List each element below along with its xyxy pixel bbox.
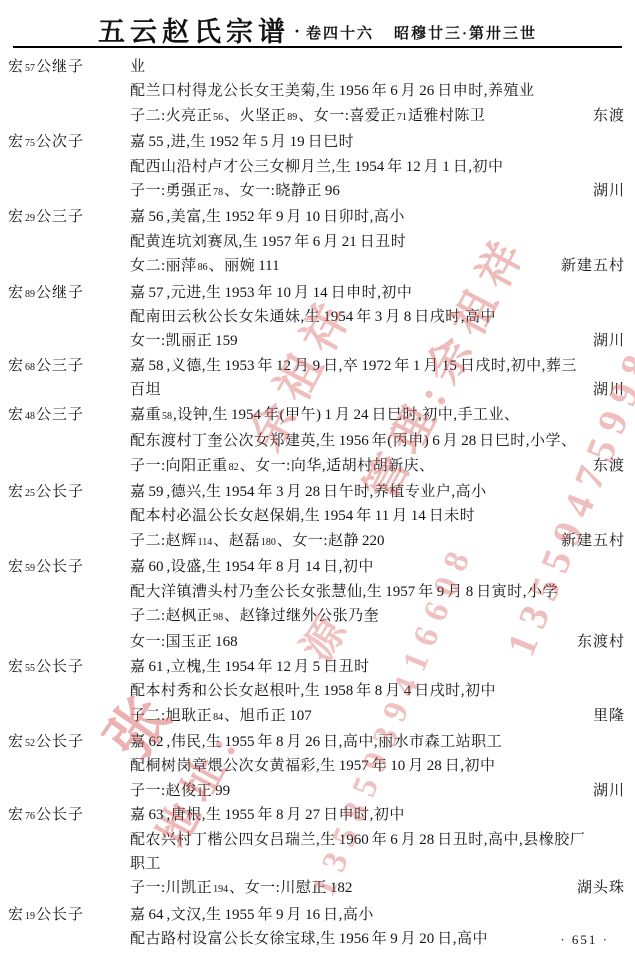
line-text: 嘉63,唐根,生1955年8月27日申时,初中 (130, 807, 405, 823)
genealogy-entry: 宏76公长子嘉63,唐根,生1955年8月27日申时,初中配农兴村丁楷公四女吕瑞… (0, 803, 635, 903)
genealogy-entry: 宏48公三子嘉重58,设钟,生1954年(甲午)1月24日巳时,初中,手工业、配… (0, 403, 635, 480)
page-number: · 651 · (560, 932, 609, 948)
entry-father-label: 宏29公三子 (0, 205, 130, 280)
title-separator: · (294, 21, 300, 41)
book-title: 五云赵氏宗谱 (98, 17, 290, 47)
entry-father-label: 宏76公长子 (0, 803, 130, 903)
place-name: 湖川 (593, 179, 625, 203)
genealogy-entry: 宏57公继子业配兰口村得龙公长女王美菊,生1956年6月26日申时,养殖业子二:… (0, 55, 635, 130)
line-text: 嘉55,进,生1952年5月19日巳时 (130, 134, 354, 150)
entry-lines: 嘉62,伟民,生1955年8月26日,高中,丽水市森工站职工配桐树岗章煨公次女黄… (130, 730, 635, 803)
line-text: 子二:火亮正56、火坚正89、女一:喜爱正71适雅村陈卫 (130, 108, 485, 124)
line-text: 配本村秀和公长女赵根叶,生1958年8月4日戌时,初中 (130, 683, 496, 699)
entry-line: 嘉57,元进,生1953年10月14日申时,初中 (130, 281, 625, 305)
genealogy-page: 五云赵氏宗谱 · 卷四十六 昭穆廿三·第卅三世 宏57公继子业配兰口村得龙公长女… (0, 0, 635, 968)
volume-label: 卷四十六 (306, 26, 374, 42)
entry-lines: 嘉64,文汉,生1955年9月16日,高小配古路村设富公长女徐宝球,生1956年… (130, 903, 635, 952)
entry-line: 嘉64,文汉,生1955年9月16日,高小 (130, 903, 625, 927)
entry-line: 子一:向阳正重82、女一:向华,适胡村胡新庆、东渡 (130, 454, 625, 480)
entry-lines: 业配兰口村得龙公长女王美菊,生1956年6月26日申时,养殖业子二:火亮正56、… (130, 55, 635, 130)
line-text: 业 (130, 59, 146, 75)
entry-father-label: 宏55公长子 (0, 655, 130, 730)
line-text: 子一:赵俊正99 (130, 783, 233, 799)
entry-line: 嘉63,唐根,生1955年8月27日申时,初中 (130, 803, 625, 827)
entry-father-label: 宏68公三子 (0, 354, 130, 403)
line-text: 子二:赵辉114、赵磊180、女一:赵静220 (130, 533, 388, 549)
line-text: 嘉重58,设钟,生1954年(甲午)1月24日巳时,初中,手工业、 (130, 407, 520, 423)
entry-line: 配大洋镇漕头村乃奎公长女张慧仙,生1957年9月8日寅时,小学 (130, 580, 625, 604)
line-text: 子一:勇强正78、女一:晓静正96 (130, 183, 343, 199)
entry-lines: 嘉重58,设钟,生1954年(甲午)1月24日巳时,初中,手工业、配东渡村丁奎公… (130, 403, 635, 480)
place-name: 新建五村 (561, 529, 625, 553)
line-text: 女二:丽萍86、丽婉111 (130, 258, 283, 274)
entry-lines: 嘉58,义德,生1953年12月9日,卒1972年1月15日戌时,初中,葬三百坦… (130, 354, 635, 403)
place-name: 里隆 (593, 704, 625, 728)
entry-line: 女一:凯丽正159湖川 (130, 329, 625, 353)
entry-line: 职工 (130, 852, 625, 876)
entries-list: 宏57公继子业配兰口村得龙公长女王美菊,生1956年6月26日申时,养殖业子二:… (0, 55, 635, 952)
line-text: 嘉64,文汉,生1955年9月16日,高小 (130, 907, 374, 923)
genealogy-entry: 宏75公次子嘉55,进,生1952年5月19日巳时配西山沿村卢才公三女柳月兰,生… (0, 130, 635, 205)
genealogy-entry: 宏59公长子嘉60,设盛,生1954年8月14日,初中配大洋镇漕头村乃奎公长女张… (0, 555, 635, 655)
entry-line: 配本村秀和公长女赵根叶,生1958年8月4日戌时,初中 (130, 679, 625, 703)
place-name: 东渡村 (577, 630, 625, 654)
line-text: 配本村必温公长女赵保娟,生1954年11月14日未时 (130, 508, 475, 524)
genealogy-entry: 宏89公继子嘉57,元进,生1953年10月14日申时,初中配南田云秋公长女朱通… (0, 281, 635, 354)
line-text: 配农兴村丁楷公四女吕瑞兰,生1960年6月28日丑时,高中,县橡胶厂 (130, 832, 585, 848)
entry-line: 子二:旭耿正84、旭币正107里隆 (130, 704, 625, 730)
entry-lines: 嘉57,元进,生1953年10月14日申时,初中配南田云秋公长女朱通妹,生195… (130, 281, 635, 354)
line-text: 配黄连坑刘赛凤,生1957年6月21日丑时 (130, 234, 406, 250)
entry-line: 配本村必温公长女赵保娟,生1954年11月14日未时 (130, 504, 625, 528)
entry-lines: 嘉60,设盛,生1954年8月14日,初中配大洋镇漕头村乃奎公长女张慧仙,生19… (130, 555, 635, 655)
entry-line: 配古路村设富公长女徐宝球,生1956年9月20日,高中 (130, 927, 625, 951)
entry-lines: 嘉59,德兴,生1954年3月28日午时,养植专业户,高小配本村必温公长女赵保娟… (130, 480, 635, 555)
entry-line: 嘉59,德兴,生1954年3月28日午时,养植专业户,高小 (130, 480, 625, 504)
line-text: 嘉59,德兴,生1954年3月28日午时,养植专业户,高小 (130, 484, 487, 500)
line-text: 嘉56,美富,生1952年9月10日卯时,高小 (130, 209, 405, 225)
entry-line: 配西山沿村卢才公三女柳月兰,生1954年12月1日,初中 (130, 155, 625, 179)
line-text: 嘉58,义德,生1953年12月9日,卒1972年1月15日戌时,初中,葬三 (130, 358, 577, 374)
entry-father-label: 宏52公长子 (0, 730, 130, 803)
line-text: 配南田云秋公长女朱通妹,生1954年3月8日戌时,高中 (130, 309, 496, 325)
entry-line: 配农兴村丁楷公四女吕瑞兰,生1960年6月28日丑时,高中,县橡胶厂 (130, 828, 625, 852)
line-text: 职工 (130, 856, 161, 872)
place-name: 湖川 (593, 329, 625, 353)
line-text: 配大洋镇漕头村乃奎公长女张慧仙,生1957年9月8日寅时,小学 (130, 584, 558, 600)
line-text: 配东渡村丁奎公次女郑建英,生1956年(丙申)6月28日巳时,小学、 (130, 433, 577, 449)
entry-line: 配兰口村得龙公长女王美菊,生1956年6月26日申时,养殖业 (130, 79, 625, 103)
line-text: 嘉61,立槐,生1954年12月5日丑时 (130, 659, 370, 675)
entry-line: 子一:赵俊正99湖川 (130, 779, 625, 803)
entry-line: 子二:火亮正56、火坚正89、女一:喜爱正71适雅村陈卫东渡 (130, 104, 625, 130)
entry-lines: 嘉55,进,生1952年5月19日巳时配西山沿村卢才公三女柳月兰,生1954年1… (130, 130, 635, 205)
entry-father-label: 宏75公次子 (0, 130, 130, 205)
line-text: 嘉60,设盛,生1954年8月14日,初中 (130, 559, 374, 575)
line-text: 女一:国玉正168 (130, 634, 241, 650)
genealogy-entry: 宏25公长子嘉59,德兴,生1954年3月28日午时,养植专业户,高小配本村必温… (0, 480, 635, 555)
place-name: 新建五村 (561, 254, 625, 278)
entry-father-label: 宏59公长子 (0, 555, 130, 655)
entry-line: 业 (130, 55, 625, 79)
line-text: 配兰口村得龙公长女王美菊,生1956年6月26日申时,养殖业 (130, 83, 535, 99)
line-text: 子一:向阳正重82、女一:向华,适胡村胡新庆、 (130, 458, 435, 474)
entry-line: 嘉58,义德,生1953年12月9日,卒1972年1月15日戌时,初中,葬三 (130, 354, 625, 378)
entry-line: 配东渡村丁奎公次女郑建英,生1956年(丙申)6月28日巳时,小学、 (130, 429, 625, 453)
entry-father-label: 宏25公长子 (0, 480, 130, 555)
line-text: 女一:凯丽正159 (130, 333, 241, 349)
place-name: 湖头珠 (577, 876, 625, 900)
entry-lines: 嘉56,美富,生1952年9月10日卯时,高小配黄连坑刘赛凤,生1957年6月2… (130, 205, 635, 280)
header-rule (13, 46, 622, 48)
entry-line: 嘉56,美富,生1952年9月10日卯时,高小 (130, 205, 625, 229)
page-header: 五云赵氏宗谱 · 卷四十六 昭穆廿三·第卅三世 (0, 10, 635, 49)
entry-line: 嘉62,伟民,生1955年8月26日,高中,丽水市森工站职工 (130, 730, 625, 754)
entry-father-label: 宏57公继子 (0, 55, 130, 130)
entry-line: 配桐树岗章煨公次女黄福彩,生1957年10月28日,初中 (130, 754, 625, 778)
entry-father-label: 宏89公继子 (0, 281, 130, 354)
line-text: 子二:旭耿正84、旭币正107 (130, 708, 315, 724)
entry-line: 子一:勇强正78、女一:晓静正96湖川 (130, 179, 625, 205)
entry-line: 子二:赵枫正98、赵锋过继外公张乃奎 (130, 604, 625, 630)
genealogy-entry: 宏52公长子嘉62,伟民,生1955年8月26日,高中,丽水市森工站职工配桐树岗… (0, 730, 635, 803)
entry-line: 子一:川凯正194、女一:川慰正182湖头珠 (130, 876, 625, 902)
entry-line: 女一:国玉正168东渡村 (130, 630, 625, 654)
entry-line: 百坦湖川 (130, 378, 625, 402)
entry-line: 嘉重58,设钟,生1954年(甲午)1月24日巳时,初中,手工业、 (130, 403, 625, 429)
line-text: 子一:川凯正194、女一:川慰正182 (130, 880, 355, 896)
line-text: 嘉57,元进,生1953年10月14日申时,初中 (130, 285, 412, 301)
line-text: 配西山沿村卢才公三女柳月兰,生1954年12月1日,初中 (130, 159, 504, 175)
line-text: 嘉62,伟民,生1955年8月26日,高中,丽水市森工站职工 (130, 734, 502, 750)
entry-father-label: 宏48公三子 (0, 403, 130, 480)
place-name: 东渡 (593, 104, 625, 128)
genealogy-entry: 宏19公长子嘉64,文汉,生1955年9月16日,高小配古路村设富公长女徐宝球,… (0, 903, 635, 952)
entry-father-label: 宏19公长子 (0, 903, 130, 952)
line-text: 子二:赵枫正98、赵锋过继外公张乃奎 (130, 608, 379, 624)
entry-line: 嘉60,设盛,生1954年8月14日,初中 (130, 555, 625, 579)
entry-line: 子二:赵辉114、赵磊180、女一:赵静220新建五村 (130, 529, 625, 555)
entry-line: 嘉61,立槐,生1954年12月5日丑时 (130, 655, 625, 679)
entry-lines: 嘉63,唐根,生1955年8月27日申时,初中配农兴村丁楷公四女吕瑞兰,生196… (130, 803, 635, 903)
entry-line: 配黄连坑刘赛凤,生1957年6月21日丑时 (130, 230, 625, 254)
section-label: 昭穆廿三·第卅三世 (394, 26, 537, 42)
entry-line: 配南田云秋公长女朱通妹,生1954年3月8日戌时,高中 (130, 305, 625, 329)
place-name: 东渡 (593, 454, 625, 478)
entry-line: 嘉55,进,生1952年5月19日巳时 (130, 130, 625, 154)
place-name: 湖川 (593, 378, 625, 402)
line-text: 百坦 (130, 382, 161, 398)
genealogy-entry: 宏68公三子嘉58,义德,生1953年12月9日,卒1972年1月15日戌时,初… (0, 354, 635, 403)
entry-line: 女二:丽萍86、丽婉111新建五村 (130, 254, 625, 280)
entry-lines: 嘉61,立槐,生1954年12月5日丑时配本村秀和公长女赵根叶,生1958年8月… (130, 655, 635, 730)
line-text: 配桐树岗章煨公次女黄福彩,生1957年10月28日,初中 (130, 758, 496, 774)
line-text: 配古路村设富公长女徐宝球,生1956年9月20日,高中 (130, 931, 488, 947)
genealogy-entry: 宏55公长子嘉61,立槐,生1954年12月5日丑时配本村秀和公长女赵根叶,生1… (0, 655, 635, 730)
genealogy-entry: 宏29公三子嘉56,美富,生1952年9月10日卯时,高小配黄连坑刘赛凤,生19… (0, 205, 635, 280)
place-name: 湖川 (593, 779, 625, 803)
